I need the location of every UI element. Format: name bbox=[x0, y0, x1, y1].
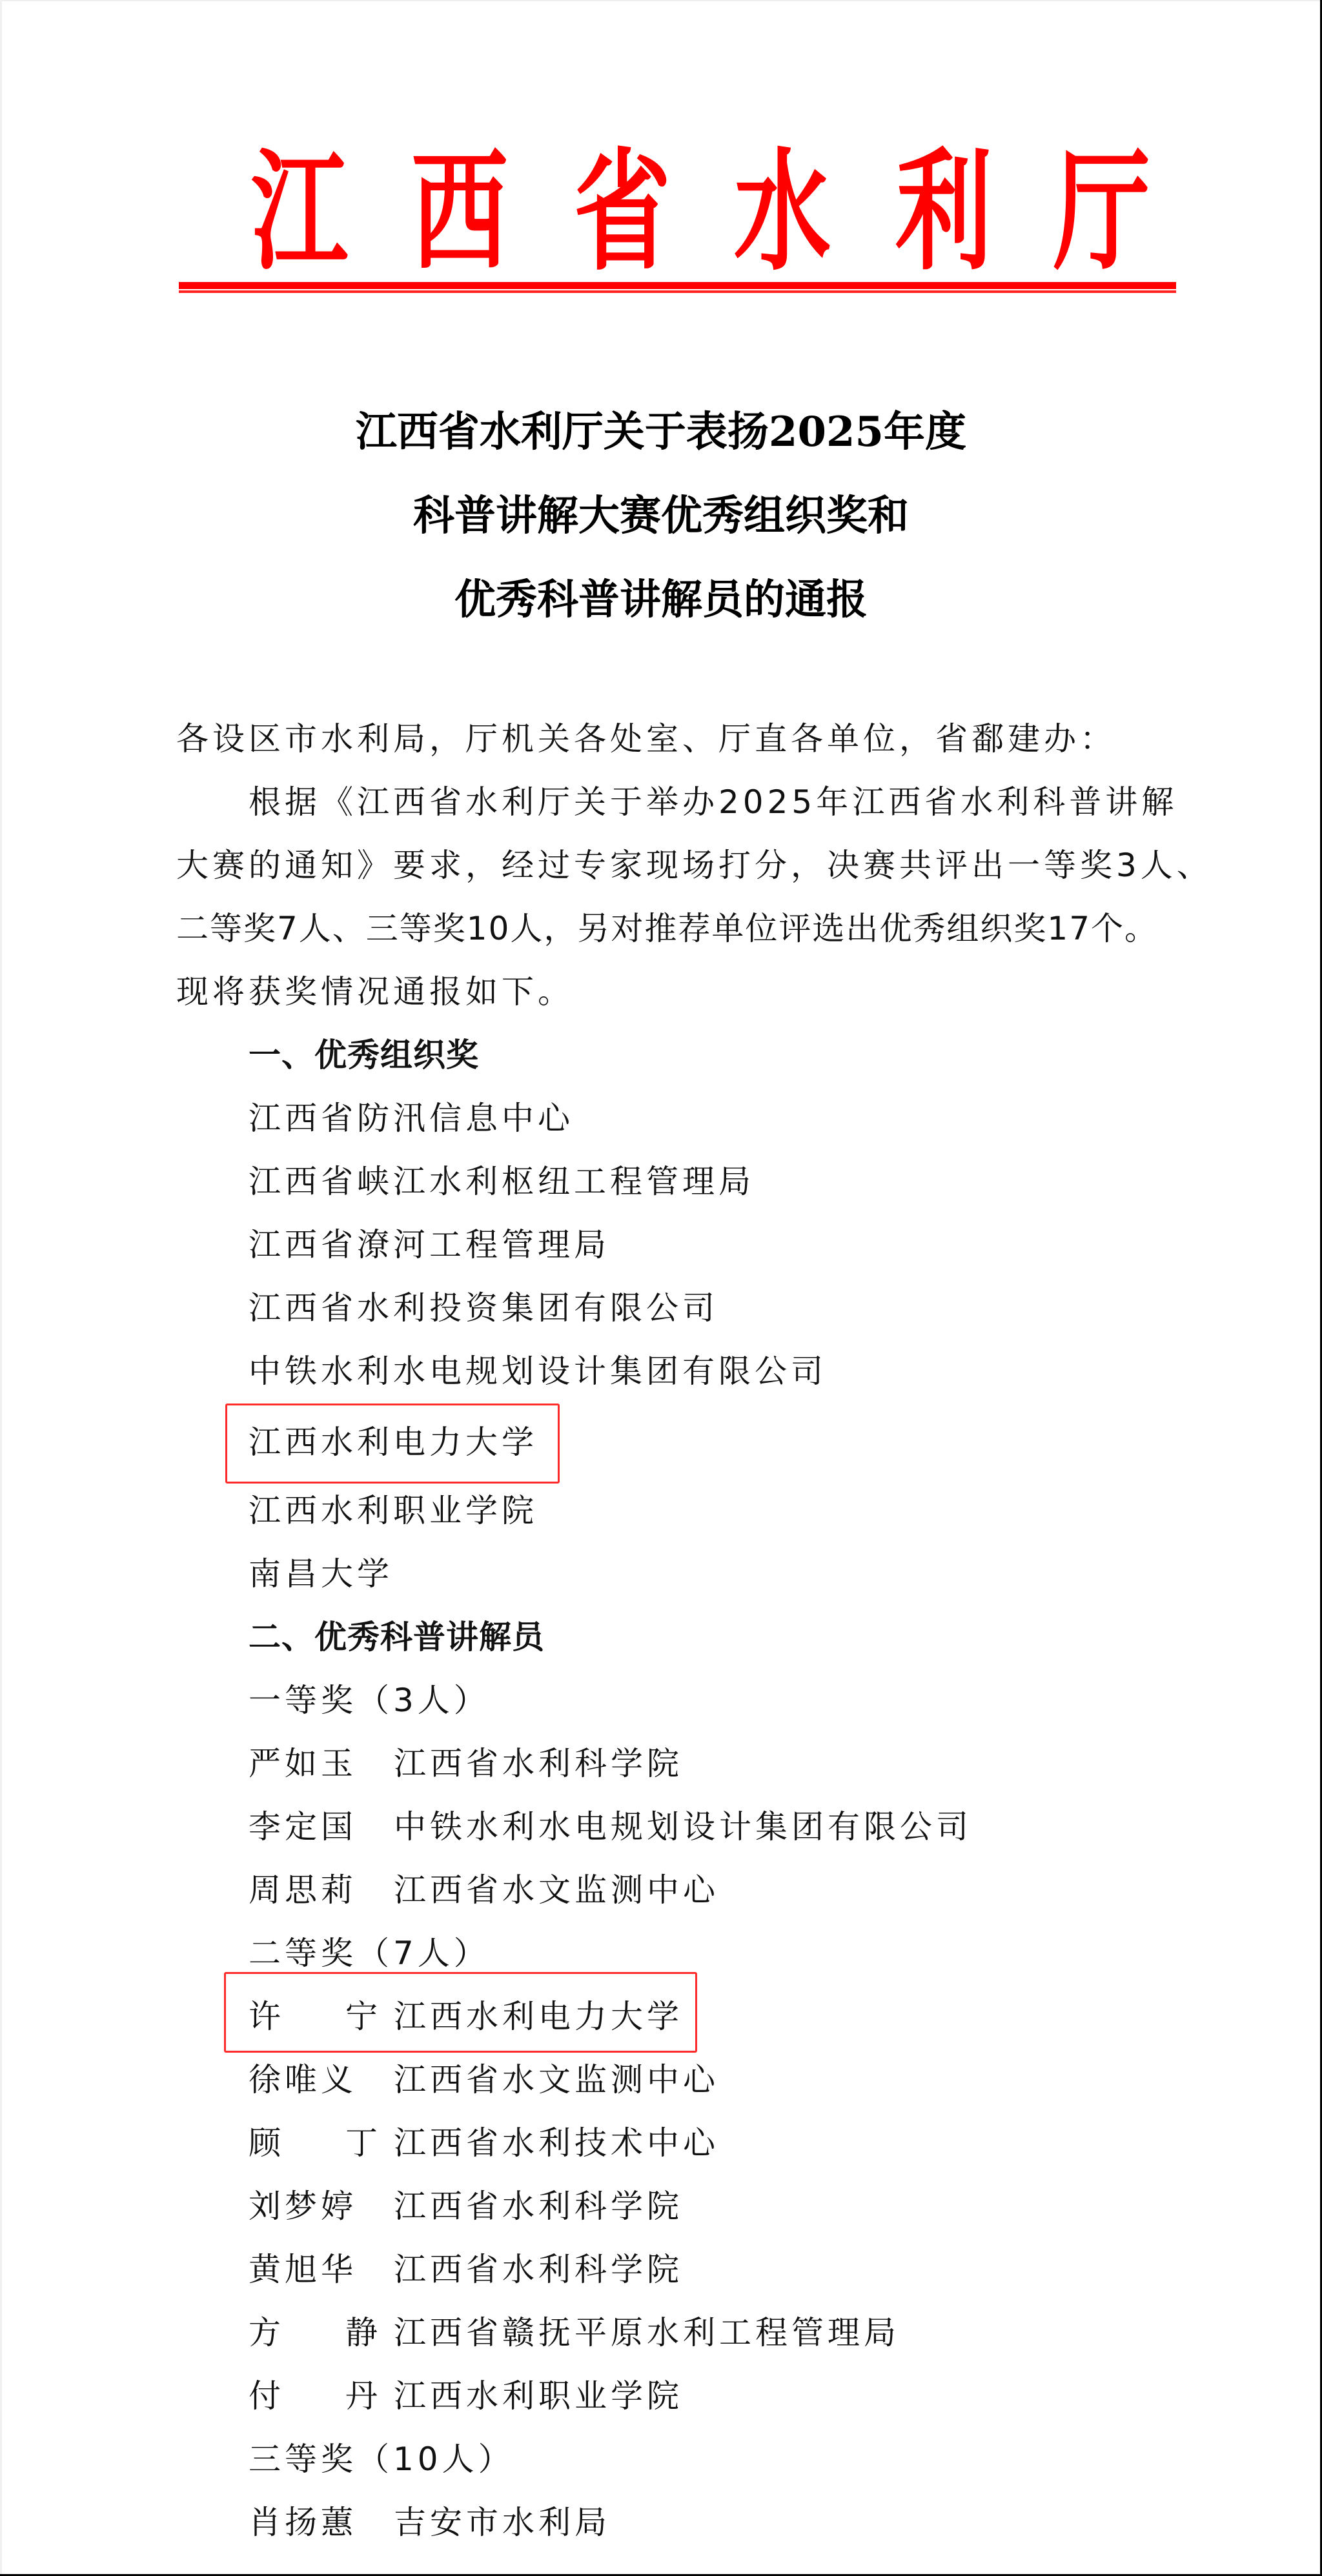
winner-org: 江西省水利科学院 bbox=[394, 2251, 683, 2288]
winner-org: 江西省水利技术中心 bbox=[394, 2124, 719, 2162]
first-prize-label: 一等奖（3人） bbox=[249, 1681, 1256, 1720]
winner-org: 江西省水文监测中心 bbox=[394, 2061, 719, 2098]
winner-org: 江西省水文监测中心 bbox=[394, 1871, 719, 1909]
winner-name: 李定国 bbox=[249, 1807, 394, 1846]
letterhead-char: 省 bbox=[574, 129, 658, 295]
winner-name: 黄旭华 bbox=[249, 2250, 394, 2289]
winner-row: 方静江西省赣抚平原水利工程管理局 bbox=[249, 2313, 1256, 2352]
letterhead-char: 西 bbox=[411, 129, 495, 295]
intro-line-4: 现将获奖情况通报如下。 bbox=[176, 972, 1183, 1011]
org-award-item: 南昌大学 bbox=[249, 1555, 1256, 1593]
winner-org: 江西省赣抚平原水利工程管理局 bbox=[394, 2314, 900, 2351]
winner-row-highlighted: 许宁江西水利电力大学 bbox=[249, 1997, 1256, 2036]
third-prize-label: 三等奖（10人） bbox=[249, 2440, 1256, 2479]
winner-org: 吉安市水利局 bbox=[394, 2504, 611, 2541]
winner-name-first: 付 bbox=[249, 2377, 345, 2415]
winner-org: 江西水利电力大学 bbox=[394, 1998, 683, 2035]
winner-org: 中铁水利水电规划设计集团有限公司 bbox=[394, 1808, 972, 1846]
winner-row: 徐唯义江西省水文监测中心 bbox=[249, 2060, 1256, 2099]
intro-line-1: 根据《江西省水利厅关于举办2025年江西省水利科普讲解 bbox=[249, 783, 1256, 821]
org-award-item: 江西省防汛信息中心 bbox=[249, 1099, 1256, 1138]
winner-org: 江西省水利科学院 bbox=[394, 2188, 683, 2225]
winner-name-first: 顾 bbox=[249, 2124, 345, 2162]
winner-row: 严如玉江西省水利科学院 bbox=[249, 1744, 1256, 1783]
winner-name-first: 许 bbox=[249, 1997, 345, 2036]
winner-row: 周思莉江西省水文监测中心 bbox=[249, 1871, 1256, 1909]
winner-name: 徐唯义 bbox=[249, 2060, 394, 2099]
winner-row: 黄旭华江西省水利科学院 bbox=[249, 2250, 1256, 2289]
letterhead-char: 利 bbox=[895, 129, 979, 295]
document-title-line-2: 科普讲解大赛优秀组织奖和 bbox=[0, 490, 1322, 542]
org-award-item: 江西省峡江水利枢纽工程管理局 bbox=[249, 1162, 1256, 1201]
org-award-item: 中铁水利水电规划设计集团有限公司 bbox=[249, 1352, 1256, 1391]
winner-name: 肖扬蕙 bbox=[249, 2503, 394, 2542]
winner-org: 江西省水利科学院 bbox=[394, 1745, 683, 1782]
winner-name: 严如玉 bbox=[249, 1744, 394, 1783]
winner-name: 周思莉 bbox=[249, 1871, 394, 1909]
page-edge-left bbox=[0, 0, 2, 2576]
section-heading-speaker-award: 二、优秀科普讲解员 bbox=[249, 1618, 1256, 1656]
letterhead-char: 江 bbox=[251, 129, 335, 295]
winner-row: 付丹江西水利职业学院 bbox=[249, 2377, 1256, 2415]
salutation: 各设区市水利局，厅机关各处室、厅直各单位，省鄱建办： bbox=[176, 719, 1183, 758]
intro-line-3: 二等奖7人、三等奖10人，另对推荐单位评选出优秀组织奖17个。 bbox=[176, 909, 1183, 948]
org-award-item: 江西省水利投资集团有限公司 bbox=[249, 1289, 1256, 1327]
intro-line-2: 大赛的通知》要求，经过专家现场打分，决赛共评出一等奖3人、 bbox=[176, 846, 1183, 885]
letterhead-char: 水 bbox=[734, 129, 818, 295]
letterhead-char: 厅 bbox=[1053, 129, 1137, 295]
letterhead: 江 西 省 水 利 厅 bbox=[179, 155, 1176, 277]
winner-name: 刘梦婷 bbox=[249, 2187, 394, 2226]
page-edge-top bbox=[0, 0, 1322, 1]
winner-row: 肖扬蕙吉安市水利局 bbox=[249, 2503, 1256, 2542]
document-title-line-1: 江西省水利厅关于表扬2025年度 bbox=[0, 407, 1322, 458]
section-heading-organization-award: 一、优秀组织奖 bbox=[249, 1036, 1256, 1074]
org-award-item: 江西省潦河工程管理局 bbox=[249, 1225, 1256, 1264]
winner-row: 刘梦婷江西省水利科学院 bbox=[249, 2187, 1256, 2226]
org-award-item: 江西水利职业学院 bbox=[249, 1491, 1256, 1530]
letterhead-rule-thick bbox=[179, 282, 1176, 289]
winner-name-first: 方 bbox=[249, 2313, 345, 2352]
winner-org: 江西水利职业学院 bbox=[394, 2377, 683, 2415]
letterhead-rule-thin bbox=[179, 290, 1176, 293]
winner-row: 顾丁江西省水利技术中心 bbox=[249, 2124, 1256, 2162]
org-award-item-highlighted: 江西水利电力大学 bbox=[249, 1423, 1256, 1462]
winner-row: 李定国中铁水利水电规划设计集团有限公司 bbox=[249, 1807, 1256, 1846]
second-prize-label: 二等奖（7人） bbox=[249, 1934, 1256, 1973]
document-title-line-3: 优秀科普讲解员的通报 bbox=[0, 574, 1322, 626]
